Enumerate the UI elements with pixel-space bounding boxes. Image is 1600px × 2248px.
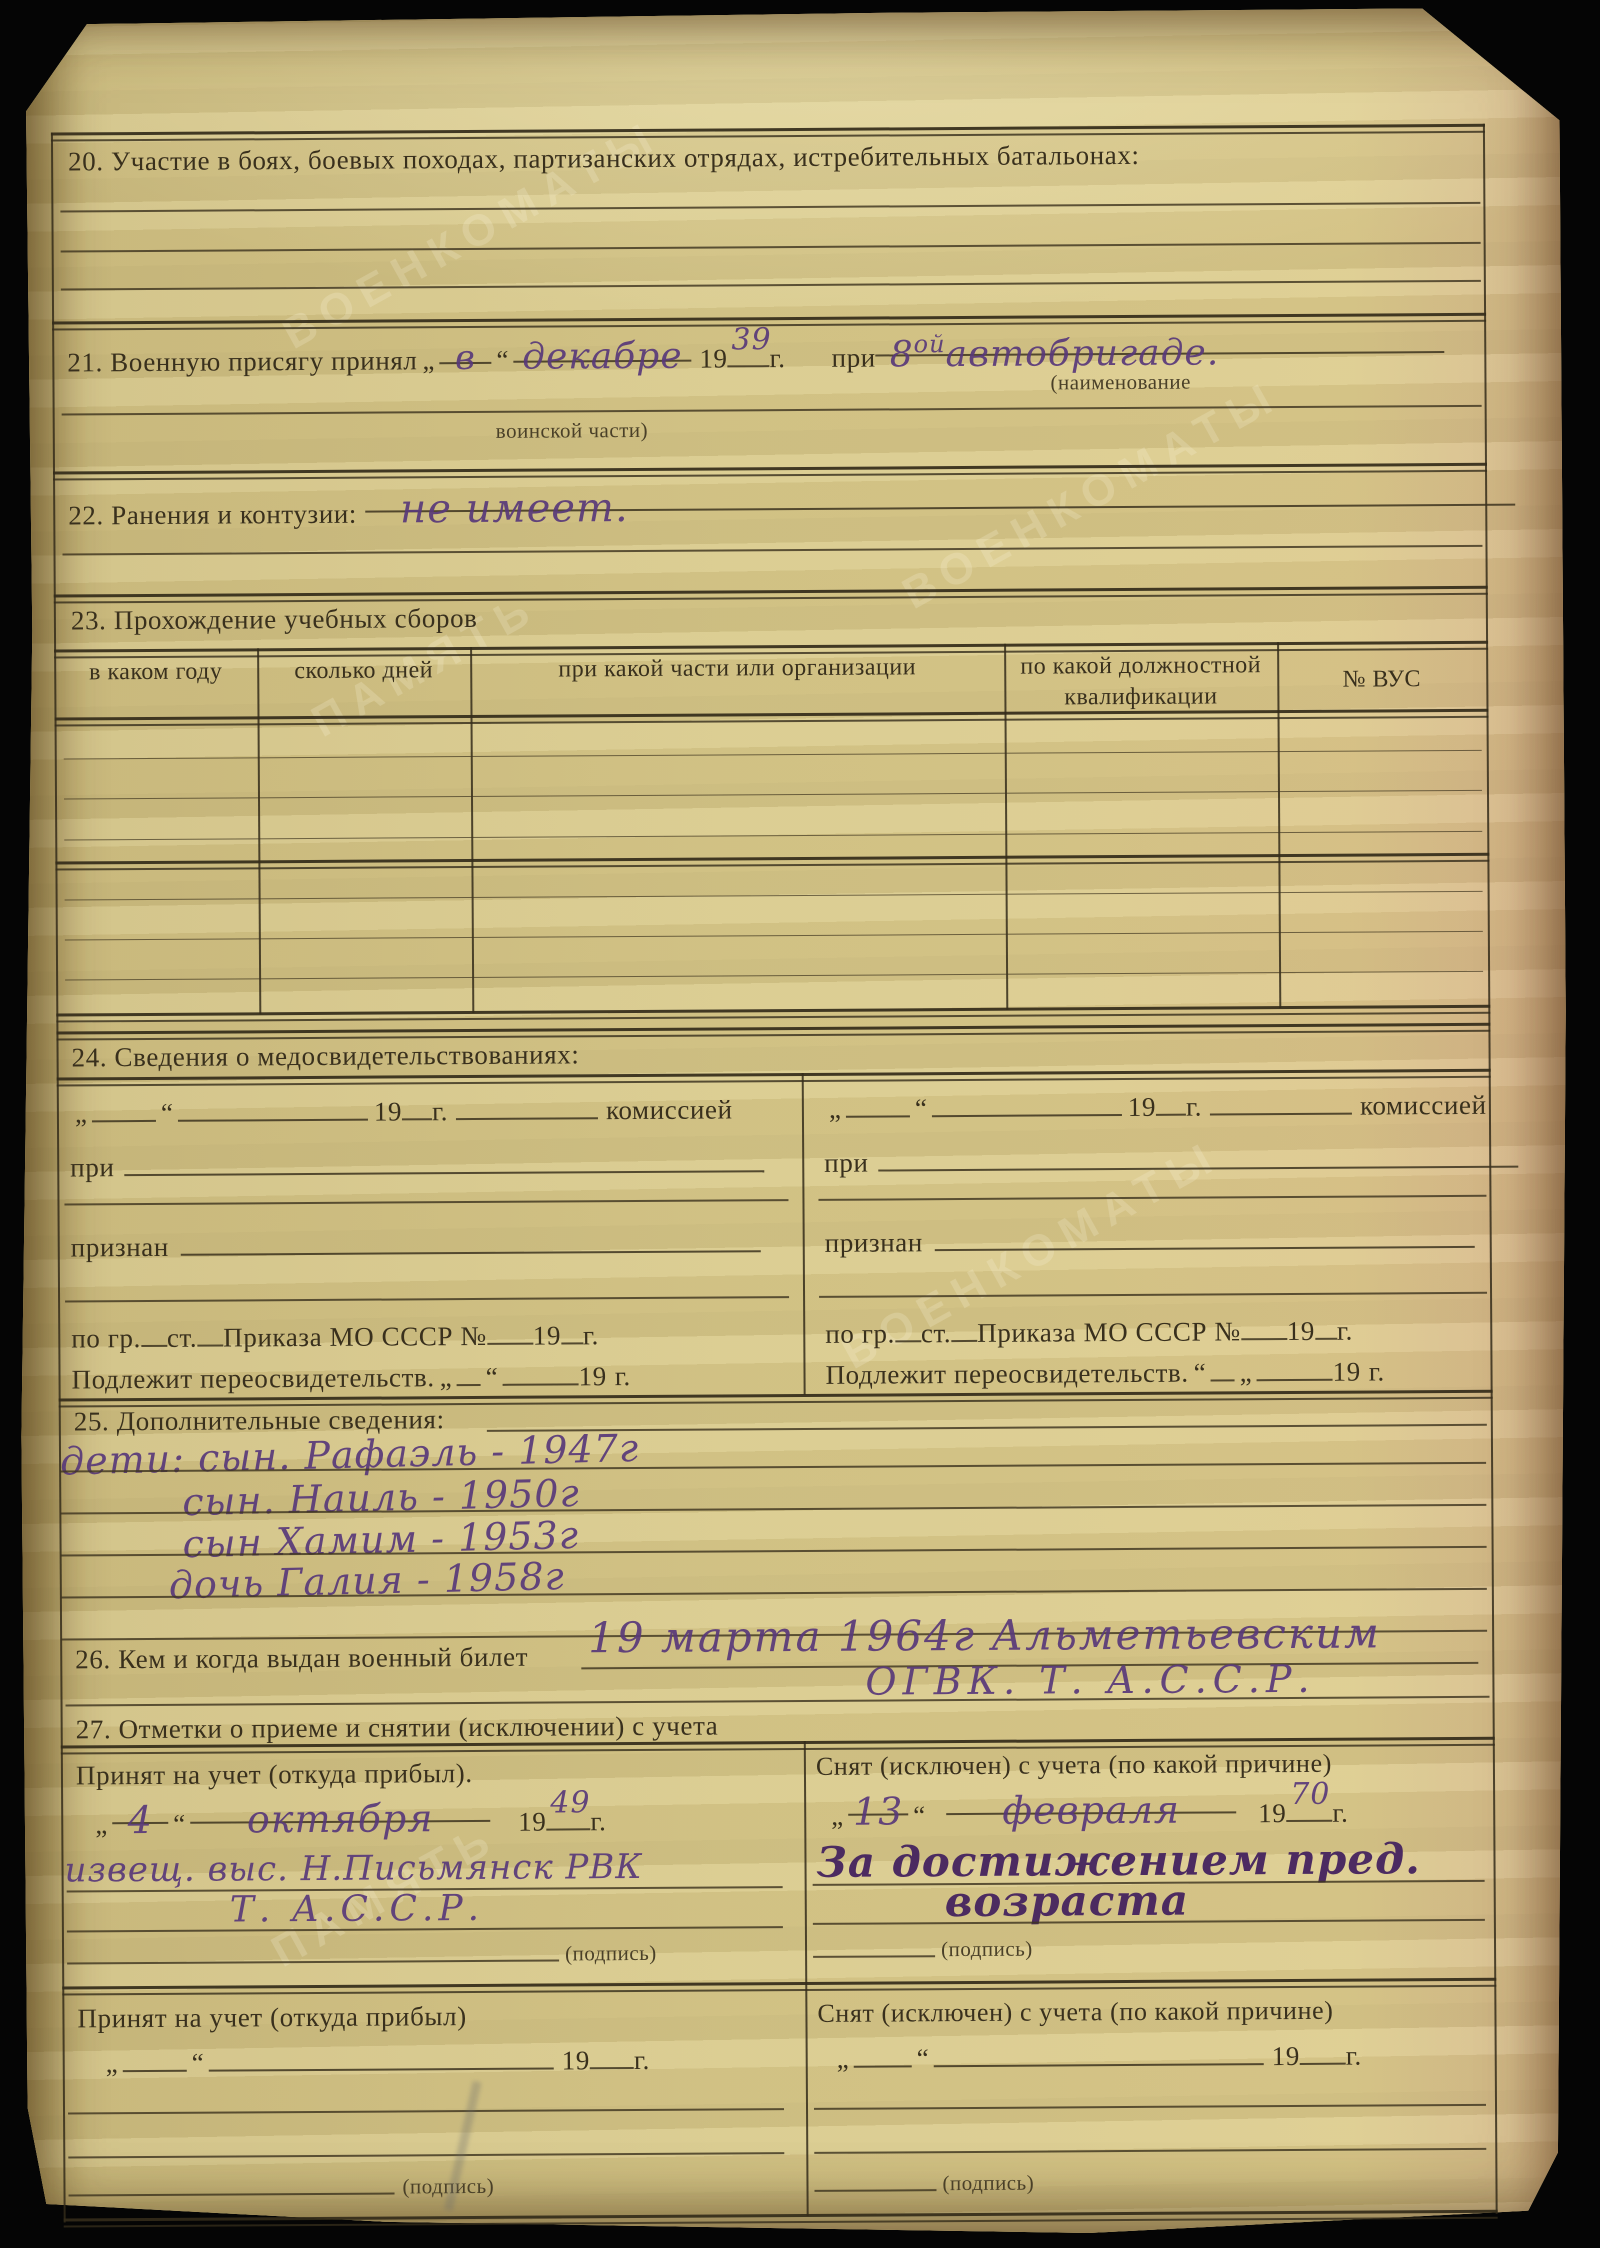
st-label: ст. [167, 1323, 198, 1354]
blank [1257, 1355, 1333, 1381]
section22-line: 22. Ранения и контузии: не имеет. [68, 480, 1515, 532]
med-column-divider [802, 1073, 806, 1395]
blank [895, 1316, 921, 1342]
prikaz-label: Приказа МО СССР № [223, 1321, 487, 1354]
day-field: 4 [112, 1798, 168, 1824]
section-divider [56, 1023, 1490, 1041]
blank [197, 1321, 223, 1347]
blank [561, 1318, 583, 1344]
med-day-blank [92, 1096, 156, 1122]
table-row-rule [65, 931, 1483, 941]
col-header-qualification: по какой должностной квалификации [1006, 650, 1275, 714]
registry-column-divider [804, 1741, 809, 2216]
removed-label-1: Снят (исключен) с учета (по какой причин… [816, 1749, 1332, 1782]
med-left-priznan-line: признан [71, 1226, 761, 1263]
children-line-4-handwriting: дочь Галия - 1958г [168, 1554, 565, 1607]
day-blank [854, 2041, 912, 2067]
open-quote: „ [95, 1809, 107, 1840]
close-quote: “ [192, 2048, 204, 2079]
rule [66, 1696, 1490, 1707]
open-quote: „ [75, 1098, 87, 1129]
unit-field: 8ой автобригаде. [876, 327, 1445, 356]
priznan-label: признан [825, 1227, 923, 1259]
removed-date-line-2: „“19г. [832, 2039, 1362, 2075]
pri-label: при [824, 1148, 868, 1179]
close-quote: “ [486, 1362, 498, 1393]
med-pri-blank [878, 1142, 1518, 1172]
med-right-pri-line: при [824, 1142, 1518, 1179]
year-suffix: г. [1346, 2041, 1362, 2072]
signature-rule [67, 1959, 559, 1964]
oath-day-handwriting: в [455, 338, 476, 378]
med-month-blank [932, 1090, 1122, 1117]
year-handwriting: 49 [550, 1785, 590, 1820]
med-day-blank [846, 1091, 910, 1117]
med-year-blank [1156, 1090, 1186, 1116]
scanned-military-id-page: ВОЕНКОМАТЫ ВОЕНКОМАТЫ ПАМЯТЬ ВОЕНКОМАТЫ … [0, 0, 1600, 2248]
pri-label: при [70, 1152, 114, 1183]
priznan-label: признан [71, 1232, 169, 1264]
commission-label: комиссией [1360, 1090, 1487, 1122]
region-handwriting: Т. А.С.С.Р. [230, 1888, 484, 1931]
oath-year-field: 39 [727, 341, 769, 367]
table-mid-rule [55, 853, 1489, 871]
month-blank [934, 2039, 1264, 2067]
med-left-reexam-line: Подлежит переосвидетельств.„“19г. [71, 1359, 630, 1395]
month-field: февраля [946, 1787, 1236, 1815]
blank [951, 1316, 977, 1342]
year-prefix: 19 [533, 1320, 561, 1351]
removed-label-2: Снят (исключен) с учета (по какой причин… [817, 1996, 1333, 2029]
prikaz-label: Приказа МО СССР № [977, 1316, 1241, 1349]
unit-caption-1: (наименование [1050, 370, 1191, 396]
close-quote: “ [917, 2043, 929, 2074]
year-blank [1300, 2039, 1346, 2065]
removal-reason-handwriting-2: возраста [945, 1876, 1190, 1926]
day-handwriting: 4 [127, 1798, 152, 1842]
col-header-days: сколько дней [259, 655, 468, 687]
blank [1241, 1314, 1287, 1340]
blank [503, 1359, 579, 1385]
issued-by-handwriting: 19 марта 1964г Альметьевским [588, 1608, 1381, 1662]
year-suffix: г. [634, 2045, 650, 2076]
year-prefix: 19 [699, 343, 727, 374]
col-header-year: в каком году [56, 656, 255, 688]
form-layer: 20. Участие в боях, боевых походах, парт… [0, 0, 1600, 2248]
year-field: 70 [1286, 1796, 1332, 1822]
oath-month-field: декабре [513, 336, 691, 363]
close-quote: “ [173, 1809, 185, 1840]
year-prefix: 19 [518, 1807, 546, 1838]
table-row-rule [64, 790, 1482, 800]
signature-caption: (подпись) [565, 1941, 657, 1967]
blank [487, 1319, 533, 1345]
year-suffix: г. [1186, 1092, 1202, 1123]
quote: „ [1240, 1357, 1252, 1388]
table-row-rule [65, 971, 1483, 981]
registry-row-divider [62, 1978, 1496, 1996]
signature-rule [815, 2189, 937, 2192]
year-prefix: 19 [1272, 2041, 1300, 2072]
year-suffix: г. [590, 1806, 606, 1837]
med-pri-blank [124, 1146, 764, 1176]
open-quote: „ [829, 1094, 841, 1125]
med-right-priznan-line: признан [825, 1222, 1475, 1259]
oath-day-field: в [439, 338, 491, 364]
form-bottom-border [64, 2210, 1498, 2228]
unit-caption-2: воинской части) [496, 418, 648, 444]
unit-number-handwriting: 8 [890, 334, 914, 375]
podlezhit-label: Подлежит переосвидетельств. [825, 1358, 1188, 1391]
year-prefix: 19 [562, 2045, 590, 2076]
close-quote: “ [915, 1093, 927, 1124]
med-right-reexam-line: Подлежит переосвидетельств.“„19г. [825, 1354, 1384, 1390]
year-suffix: г. [432, 1096, 448, 1127]
unit-ordinal-handwriting: ой [914, 330, 946, 358]
blank [1211, 1355, 1235, 1381]
section27-title: 27. Отметки о приеме и снятии (исключени… [76, 1711, 719, 1746]
form-left-border [51, 133, 66, 2223]
year-prefix: 19 [374, 1096, 402, 1127]
accepted-label-2: Принят на учет (откуда прибыл) [77, 2001, 467, 2034]
day-handwriting: 13 [853, 1789, 904, 1833]
med-year-blank [402, 1094, 432, 1120]
med-left-date-line: „“19г.комиссией [70, 1092, 733, 1129]
oath-month-handwriting: декабре [522, 336, 683, 378]
close-quote: “ [161, 1098, 173, 1129]
open-quote: „ [440, 1362, 452, 1393]
med-right-order-line: по гр.ст.Приказа МО СССР №19г. [825, 1314, 1353, 1350]
table-bottom [56, 1005, 1490, 1023]
table-header-bottom [55, 709, 1489, 727]
section-divider [54, 586, 1488, 604]
table-row-rule [64, 831, 1482, 841]
month-blank [209, 2044, 554, 2072]
day-field: 13 [848, 1789, 908, 1815]
med-priznan-blank [935, 1222, 1475, 1251]
med-commission-blank [1210, 1089, 1352, 1116]
open-quote: „ [837, 2044, 849, 2075]
year-handwriting: 70 [1290, 1777, 1330, 1812]
rule [818, 1195, 1486, 1201]
accepted-date-line-2: „“19г. [101, 2043, 650, 2079]
table-column-line [1277, 642, 1281, 1008]
rule [814, 2148, 1486, 2154]
rule [62, 405, 1482, 416]
pri-label: при [831, 343, 875, 374]
year-prefix: 19 [1258, 1798, 1286, 1829]
po-gr-label: по гр. [825, 1318, 895, 1349]
accepted-label-1: Принят на учет (откуда прибыл). [76, 1758, 473, 1791]
year-blank [590, 2043, 634, 2069]
section24-title: 24. Сведения о медосвидетельствованиях: [71, 1039, 579, 1073]
rule [819, 1292, 1487, 1298]
open-quote: „ [106, 2048, 118, 2079]
year-prefix: 19 [579, 1361, 607, 1392]
oath-year-handwriting: 39 [731, 322, 771, 357]
close-quote: “ [496, 345, 508, 376]
month-handwriting: февраля [1002, 1788, 1180, 1833]
po-gr-label: по гр. [71, 1323, 141, 1354]
year-suffix: г. [1332, 1798, 1348, 1829]
year-suffix: г. [1369, 1356, 1385, 1387]
month-field: октября [190, 1796, 490, 1824]
day-blank [123, 2046, 187, 2072]
st-label: ст. [921, 1318, 952, 1349]
signature-rule [69, 2192, 395, 2196]
blank [141, 1321, 167, 1347]
med-right-date-line: „“19г.комиссией [824, 1088, 1487, 1125]
blank [1315, 1314, 1337, 1340]
open-quote: „ [422, 345, 434, 376]
year-suffix: г. [615, 1361, 631, 1392]
rule [61, 280, 1481, 291]
year-prefix: 19 [1287, 1316, 1315, 1347]
rule [64, 1199, 788, 1205]
accepted-date-line-1: „4“октября1949г. [90, 1795, 606, 1840]
rule [60, 202, 1480, 213]
table-column-line [257, 648, 261, 1014]
med-priznan-blank [181, 1226, 761, 1256]
wounds-handwriting: не имеет. [400, 485, 629, 532]
section26-label: 26. Кем и когда выдан военный билет [75, 1642, 528, 1676]
signature-rule [813, 1955, 935, 1958]
table-row-rule [64, 750, 1482, 760]
section21-line: 21. Военную присягу принял „ в “ декабре… [67, 327, 1445, 378]
podlezhit-label: Подлежит переосвидетельств. [71, 1362, 434, 1395]
signature-caption: (подпись) [942, 2171, 1034, 2197]
rule [814, 2104, 1486, 2110]
open-quote: „ [831, 1801, 843, 1832]
table-column-line [470, 647, 474, 1013]
med-commission-blank [456, 1093, 598, 1120]
rule [68, 2108, 784, 2114]
year-field: 49 [546, 1804, 590, 1830]
arrived-from-handwriting: извещ. выс. Н.Письмянск РВК [64, 1847, 642, 1891]
year-prefix: 19 [1333, 1357, 1361, 1388]
med-month-blank [178, 1095, 368, 1122]
rule [63, 545, 1483, 556]
quote: “ [1194, 1358, 1206, 1389]
removed-date-line-1: „13“февраля1970г. [826, 1787, 1348, 1832]
year-suffix: г. [770, 343, 786, 374]
year-suffix: г. [1337, 1316, 1353, 1347]
close-quote: “ [913, 1800, 925, 1831]
rule [65, 1296, 789, 1302]
section22-label: 22. Ранения и контузии: [68, 499, 357, 532]
blank [457, 1360, 481, 1386]
section21-label: 21. Военную присягу принял [67, 345, 417, 378]
rule [61, 242, 1481, 253]
med-left-pri-line: при [70, 1146, 764, 1183]
month-handwriting: октября [247, 1796, 434, 1841]
form-top-border [51, 124, 1485, 142]
col-header-unit: при какой части или организации [472, 652, 1002, 686]
section20-title: 20. Участие в боях, боевых походах, парт… [68, 140, 1140, 178]
col-header-vus: № ВУС [1279, 664, 1484, 696]
wounds-field: не имеет. [365, 480, 1515, 513]
year-suffix: г. [583, 1320, 599, 1351]
med-left-order-line: по гр.ст.Приказа МО СССР №19г. [71, 1318, 599, 1354]
year-prefix: 19 [1128, 1092, 1156, 1123]
commission-label: комиссией [606, 1094, 733, 1126]
table-row-rule [65, 891, 1483, 901]
section-divider [53, 463, 1487, 481]
signature-caption: (подпись) [941, 1937, 1033, 1963]
rule [68, 2152, 784, 2158]
section23-title: 23. Прохождение учебных сборов [71, 603, 478, 636]
